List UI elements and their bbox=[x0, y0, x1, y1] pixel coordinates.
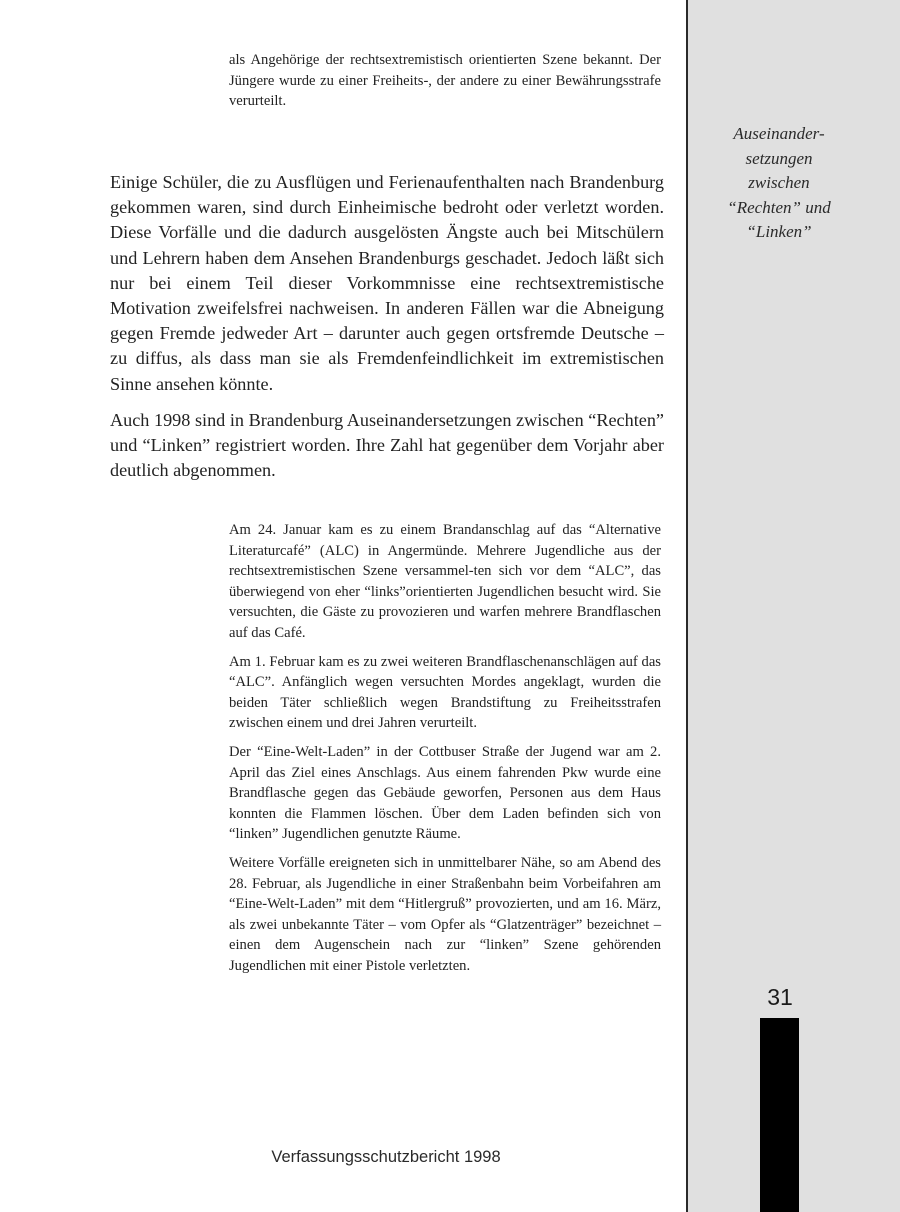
margin-note-line: Auseinander- bbox=[688, 122, 870, 147]
main-text: Einige Schüler, die zu Ausflügen und Fer… bbox=[110, 170, 664, 494]
margin-note-line: zwischen bbox=[688, 171, 870, 196]
intro-inset: als Angehörige der rechtsextremistisch o… bbox=[229, 50, 661, 120]
margin-note-line: “Rechten” und bbox=[688, 196, 870, 221]
main-paragraph: Auch 1998 sind in Brandenburg Auseinande… bbox=[110, 408, 664, 484]
page-number: 31 bbox=[760, 984, 800, 1011]
margin-note-line: setzungen bbox=[688, 147, 870, 172]
example-paragraph: Der “Eine-Welt-Laden” in der Cottbuser S… bbox=[229, 742, 661, 845]
examples-inset: Am 24. Januar kam es zu einem Brandansch… bbox=[229, 520, 661, 984]
margin-sidebar: Auseinander- setzungen zwischen “Rechten… bbox=[686, 0, 900, 1212]
example-paragraph: Am 1. Februar kam es zu zwei weiteren Br… bbox=[229, 652, 661, 734]
intro-inset-paragraph: als Angehörige der rechtsextremistisch o… bbox=[229, 50, 661, 112]
example-paragraph: Am 24. Januar kam es zu einem Brandansch… bbox=[229, 520, 661, 644]
margin-note: Auseinander- setzungen zwischen “Rechten… bbox=[688, 122, 870, 245]
main-paragraph: Einige Schüler, die zu Ausflügen und Fer… bbox=[110, 170, 664, 397]
page-footer: Verfassungsschutzbericht 1998 bbox=[0, 1148, 772, 1167]
thumb-index-bar bbox=[760, 1018, 799, 1212]
margin-note-line: “Linken” bbox=[688, 220, 870, 245]
example-paragraph: Weitere Vorfälle ereigneten sich in unmi… bbox=[229, 853, 661, 977]
page-body: als Angehörige der rechtsextremistisch o… bbox=[0, 0, 686, 1212]
